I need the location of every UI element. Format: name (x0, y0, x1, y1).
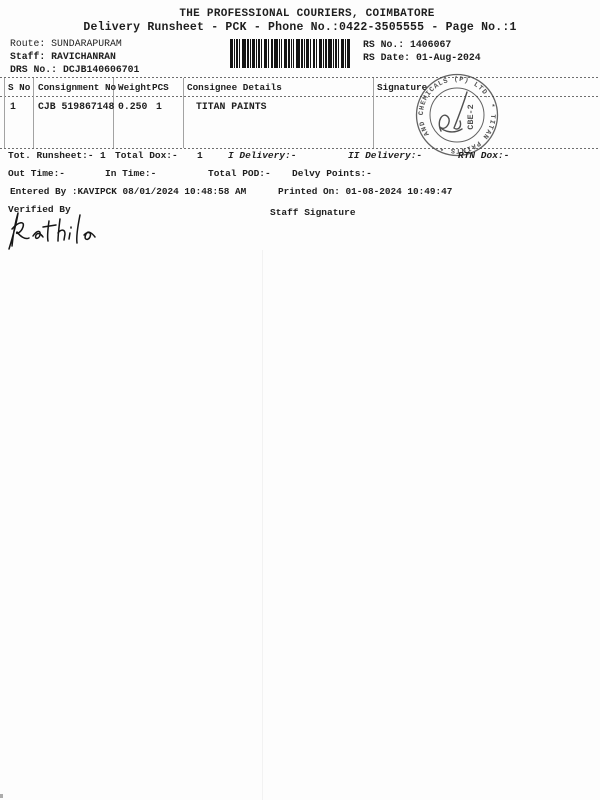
staff-line: Staff: RAVICHANRAN (10, 51, 116, 62)
table-header-rule (0, 96, 600, 97)
rtn-dox-label: RTN Dox:- (458, 151, 509, 162)
staff-label: Staff: (10, 51, 45, 62)
drs-label: DRS No.: (10, 64, 57, 75)
runsheet-barcode (230, 39, 350, 68)
stamp-outer-circle (417, 75, 498, 156)
rs-number-value: 1406067 (410, 39, 451, 50)
drs-value: DCJB140606701 (63, 64, 139, 75)
staff-value: RAVICHANRAN (51, 51, 116, 62)
printed-on-line: Printed On: 01-08-2024 10:49:47 (278, 187, 452, 198)
company-title: THE PROFESSIONAL COURIERS, COIMBATORE (0, 8, 600, 21)
scan-fold-line (262, 250, 263, 800)
delivery-runsheet-page: THE PROFESSIONAL COURIERS, COIMBATORE De… (0, 0, 600, 800)
total-dox-value: 1 (197, 151, 203, 162)
cell-consignee: TITAN PAINTS (196, 101, 267, 112)
out-time-label: Out Time:- (8, 169, 65, 180)
first-delivery-label: I Delivery:- (228, 151, 296, 162)
tot-runsheet-value: 1 (100, 151, 106, 162)
total-pod-label: Total POD:- (208, 169, 271, 180)
in-time-label: In Time:- (105, 169, 156, 180)
rubber-stamp: AND CHEMICALS (P) LTD. * TITAN PAINTS * … (414, 72, 500, 158)
route-line: Route: SUNDARAPURAM (10, 38, 122, 49)
runsheet-subtitle: Delivery Runsheet - PCK - Phone No.:0422… (0, 21, 600, 34)
table-col-line-3 (183, 78, 184, 148)
delvy-points-label: Delvy Points:- (292, 169, 372, 180)
handwritten-signature (2, 208, 117, 253)
rs-date-value: 01-Aug-2024 (416, 52, 481, 63)
rs-date-line: RS Date: 01-Aug-2024 (363, 52, 481, 63)
route-label: Route: (10, 38, 45, 49)
stamp-signature-scribble (439, 92, 467, 132)
drs-number-line: DRS No.: DCJB140606701 (10, 64, 139, 75)
table-col-line-1 (33, 78, 34, 148)
col-header-consignment: Consignment No (38, 83, 116, 94)
total-dox-label: Total Dox:- (115, 151, 178, 162)
table-top-rule (0, 77, 600, 78)
staff-signature-label: Staff Signature (270, 208, 356, 219)
col-header-pcs: PCS (152, 83, 169, 94)
col-header-consignee: Consignee Details (187, 83, 282, 94)
col-header-sno: S No (8, 83, 30, 94)
rs-number-label: RS No.: (363, 39, 404, 50)
rs-number-line: RS No.: 1406067 (363, 39, 451, 50)
cell-sno: 1 (10, 101, 16, 112)
table-bottom-rule (0, 148, 600, 149)
second-delivery-label: II Delivery:- (348, 151, 422, 162)
cell-weight: 0.250 (118, 101, 147, 112)
scan-speck (0, 794, 3, 798)
route-value: SUNDARAPURAM (51, 38, 122, 49)
cell-pcs: 1 (156, 101, 162, 112)
tot-runsheet-label: Tot. Runsheet:- (8, 151, 94, 162)
table-col-line-4 (373, 78, 374, 148)
entered-by-line: Entered By :KAVIPCK 08/01/2024 10:48:58 … (10, 187, 246, 198)
table-col-line-left (4, 78, 5, 148)
col-header-weight: Weight (118, 83, 151, 94)
rs-date-label: RS Date: (363, 52, 410, 63)
stamp-center-text: CBE-2 (466, 104, 476, 130)
cell-consignment: CJB 519867148 (38, 101, 114, 112)
